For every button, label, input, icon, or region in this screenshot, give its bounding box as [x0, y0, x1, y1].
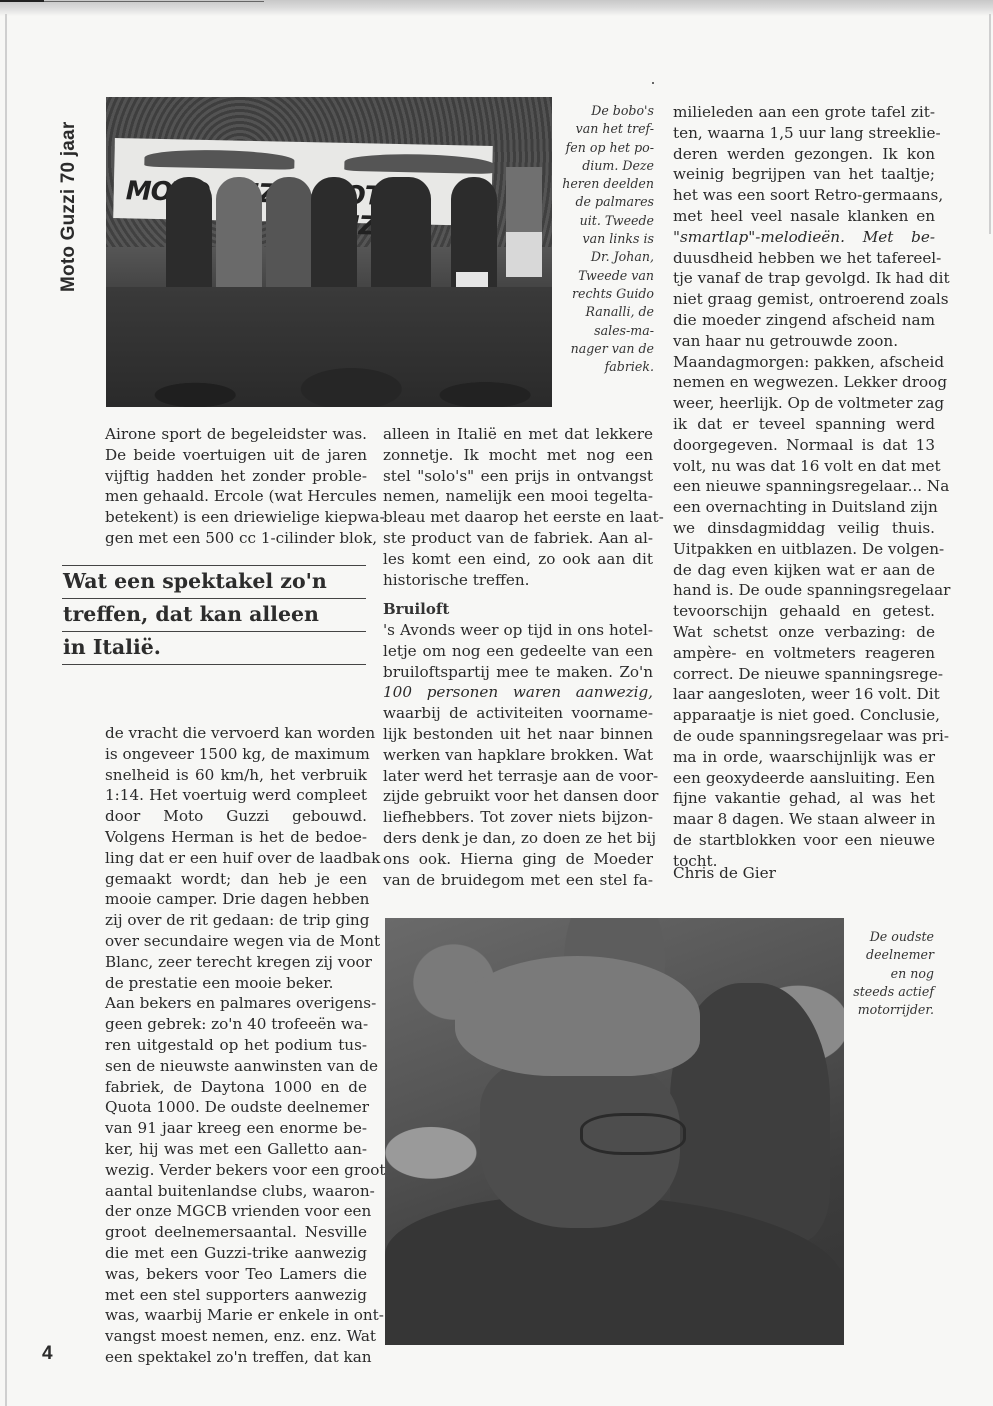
- column-middle-bottom: 's Avonds weer op tijd in ons hotel- let…: [383, 620, 653, 890]
- page-number: 4: [42, 1343, 53, 1365]
- podium-photo: MOTO GUZZI MOTO GUZZI: [106, 97, 552, 407]
- oldest-participant-photo: [385, 918, 844, 1345]
- column-middle-top: alleen in Italië en met dat lekkere zonn…: [383, 424, 653, 590]
- scan-edge-right: [989, 14, 991, 234]
- column-left-bottom: de vracht die vervoerd kan worden is ong…: [105, 723, 367, 1368]
- old-man-photo-caption: De oudste deelnemer en nog steeds actief…: [852, 928, 934, 1019]
- scan-edge-top: [0, 0, 993, 16]
- column-right: milieleden aan een grote tafel zit- ten,…: [673, 102, 935, 871]
- author-byline: Chris de Gier: [673, 864, 776, 882]
- scan-edge-left: [5, 14, 7, 1406]
- speck: [652, 82, 654, 84]
- running-head: Moto Guzzi 70 jaar: [58, 122, 80, 292]
- podium-photo-caption: De bobo's van het tref- fen op het po- d…: [560, 102, 654, 376]
- column-left-top: Airone sport de begeleidster was. De bei…: [105, 424, 367, 549]
- subhead-bruiloft: Bruiloft: [383, 600, 449, 618]
- pull-quote: Wat een spektakel zo'n treffen, dat kan …: [62, 565, 366, 665]
